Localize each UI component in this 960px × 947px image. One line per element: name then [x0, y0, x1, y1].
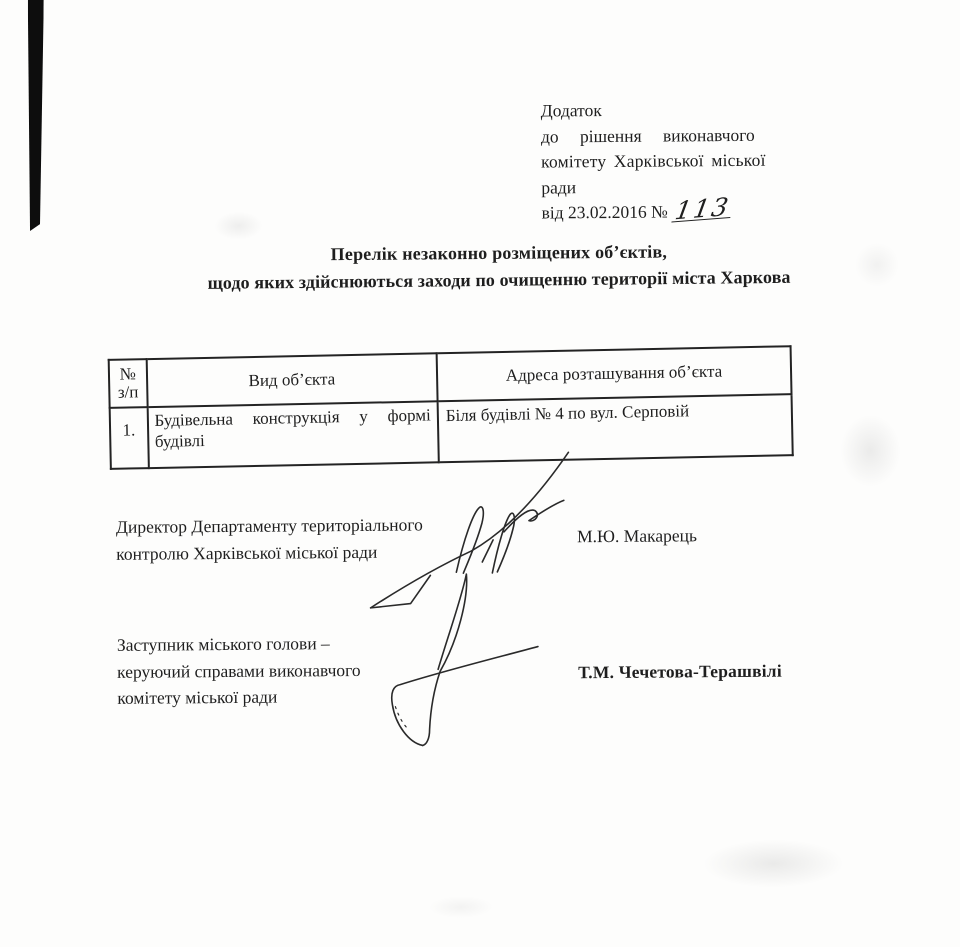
scan-smudge — [215, 212, 263, 240]
scan-smudge — [840, 415, 901, 487]
header-cell-number: № з/п — [109, 359, 148, 408]
annex-line: Додаток — [541, 97, 777, 124]
annex-header-block: Додаток до рішення виконавчого комітету … — [541, 97, 778, 226]
scan-smudge — [855, 243, 899, 287]
title-line-2: щодо яких здійснюються заходи по очищенн… — [39, 265, 959, 296]
cell-object-type: Будівельна конструкція у формі будівлі — [147, 401, 438, 468]
official-2-title-line: керуючий справами виконавчого — [117, 656, 361, 684]
official-2-title: Заступник міського голови – керуючий спр… — [117, 630, 361, 711]
official-2-title-line: Заступник міського голови – — [117, 630, 361, 658]
signature-2-stroke-group — [391, 574, 539, 746]
header-number-line1: № — [110, 365, 146, 384]
header-cell-address: Адреса розташування об’єкта — [436, 346, 791, 401]
handwritten-document-number: 113 — [672, 198, 734, 222]
annex-line: ради — [541, 173, 777, 200]
official-1-title: Директор Департаменту територіального ко… — [116, 511, 423, 566]
document-content: Додаток до рішення виконавчого комітету … — [0, 0, 960, 947]
table-row: 1. Будівельна конструкція у формі будівл… — [110, 394, 793, 469]
header-cell-object-type: Вид об’єкта — [146, 353, 437, 407]
title-line-1: Перелік незаконно розміщених об’єктів, — [39, 239, 959, 267]
annex-line: комітету Харківської міської — [541, 148, 777, 175]
cell-address: Біля будівлі № 4 по вул. Серповій — [437, 394, 792, 462]
official-1-name: М.Ю. Макарець — [577, 525, 697, 547]
scan-smudge — [703, 839, 843, 888]
document-title: Перелік незаконно розміщених об’єктів, щ… — [39, 239, 959, 294]
header-number-line2: з/п — [110, 383, 146, 402]
objects-table-wrapper: № з/п Вид об’єкта Адреса розташування об… — [108, 345, 794, 470]
official-2-title-line: комітету міської ради — [117, 683, 361, 711]
cell-row-number: 1. — [110, 407, 149, 469]
official-2-name: Т.М. Чечетова-Терашвілі — [578, 661, 782, 684]
handwritten-signatures — [0, 0, 960, 947]
official-1-title-line: контролю Харківської міської ради — [116, 538, 423, 567]
annex-date-prefix: від 23.02.2016 № — [541, 202, 667, 223]
official-1-title-line: Директор Департаменту територіального — [116, 511, 423, 540]
annex-date-line: від 23.02.2016 №113 — [541, 199, 777, 226]
objects-table: № з/п Вид об’єкта Адреса розташування об… — [108, 345, 794, 470]
scanned-document-page: Додаток до рішення виконавчого комітету … — [0, 0, 960, 947]
annex-line: до рішення виконавчого — [541, 122, 777, 149]
scan-smudge — [429, 896, 493, 919]
